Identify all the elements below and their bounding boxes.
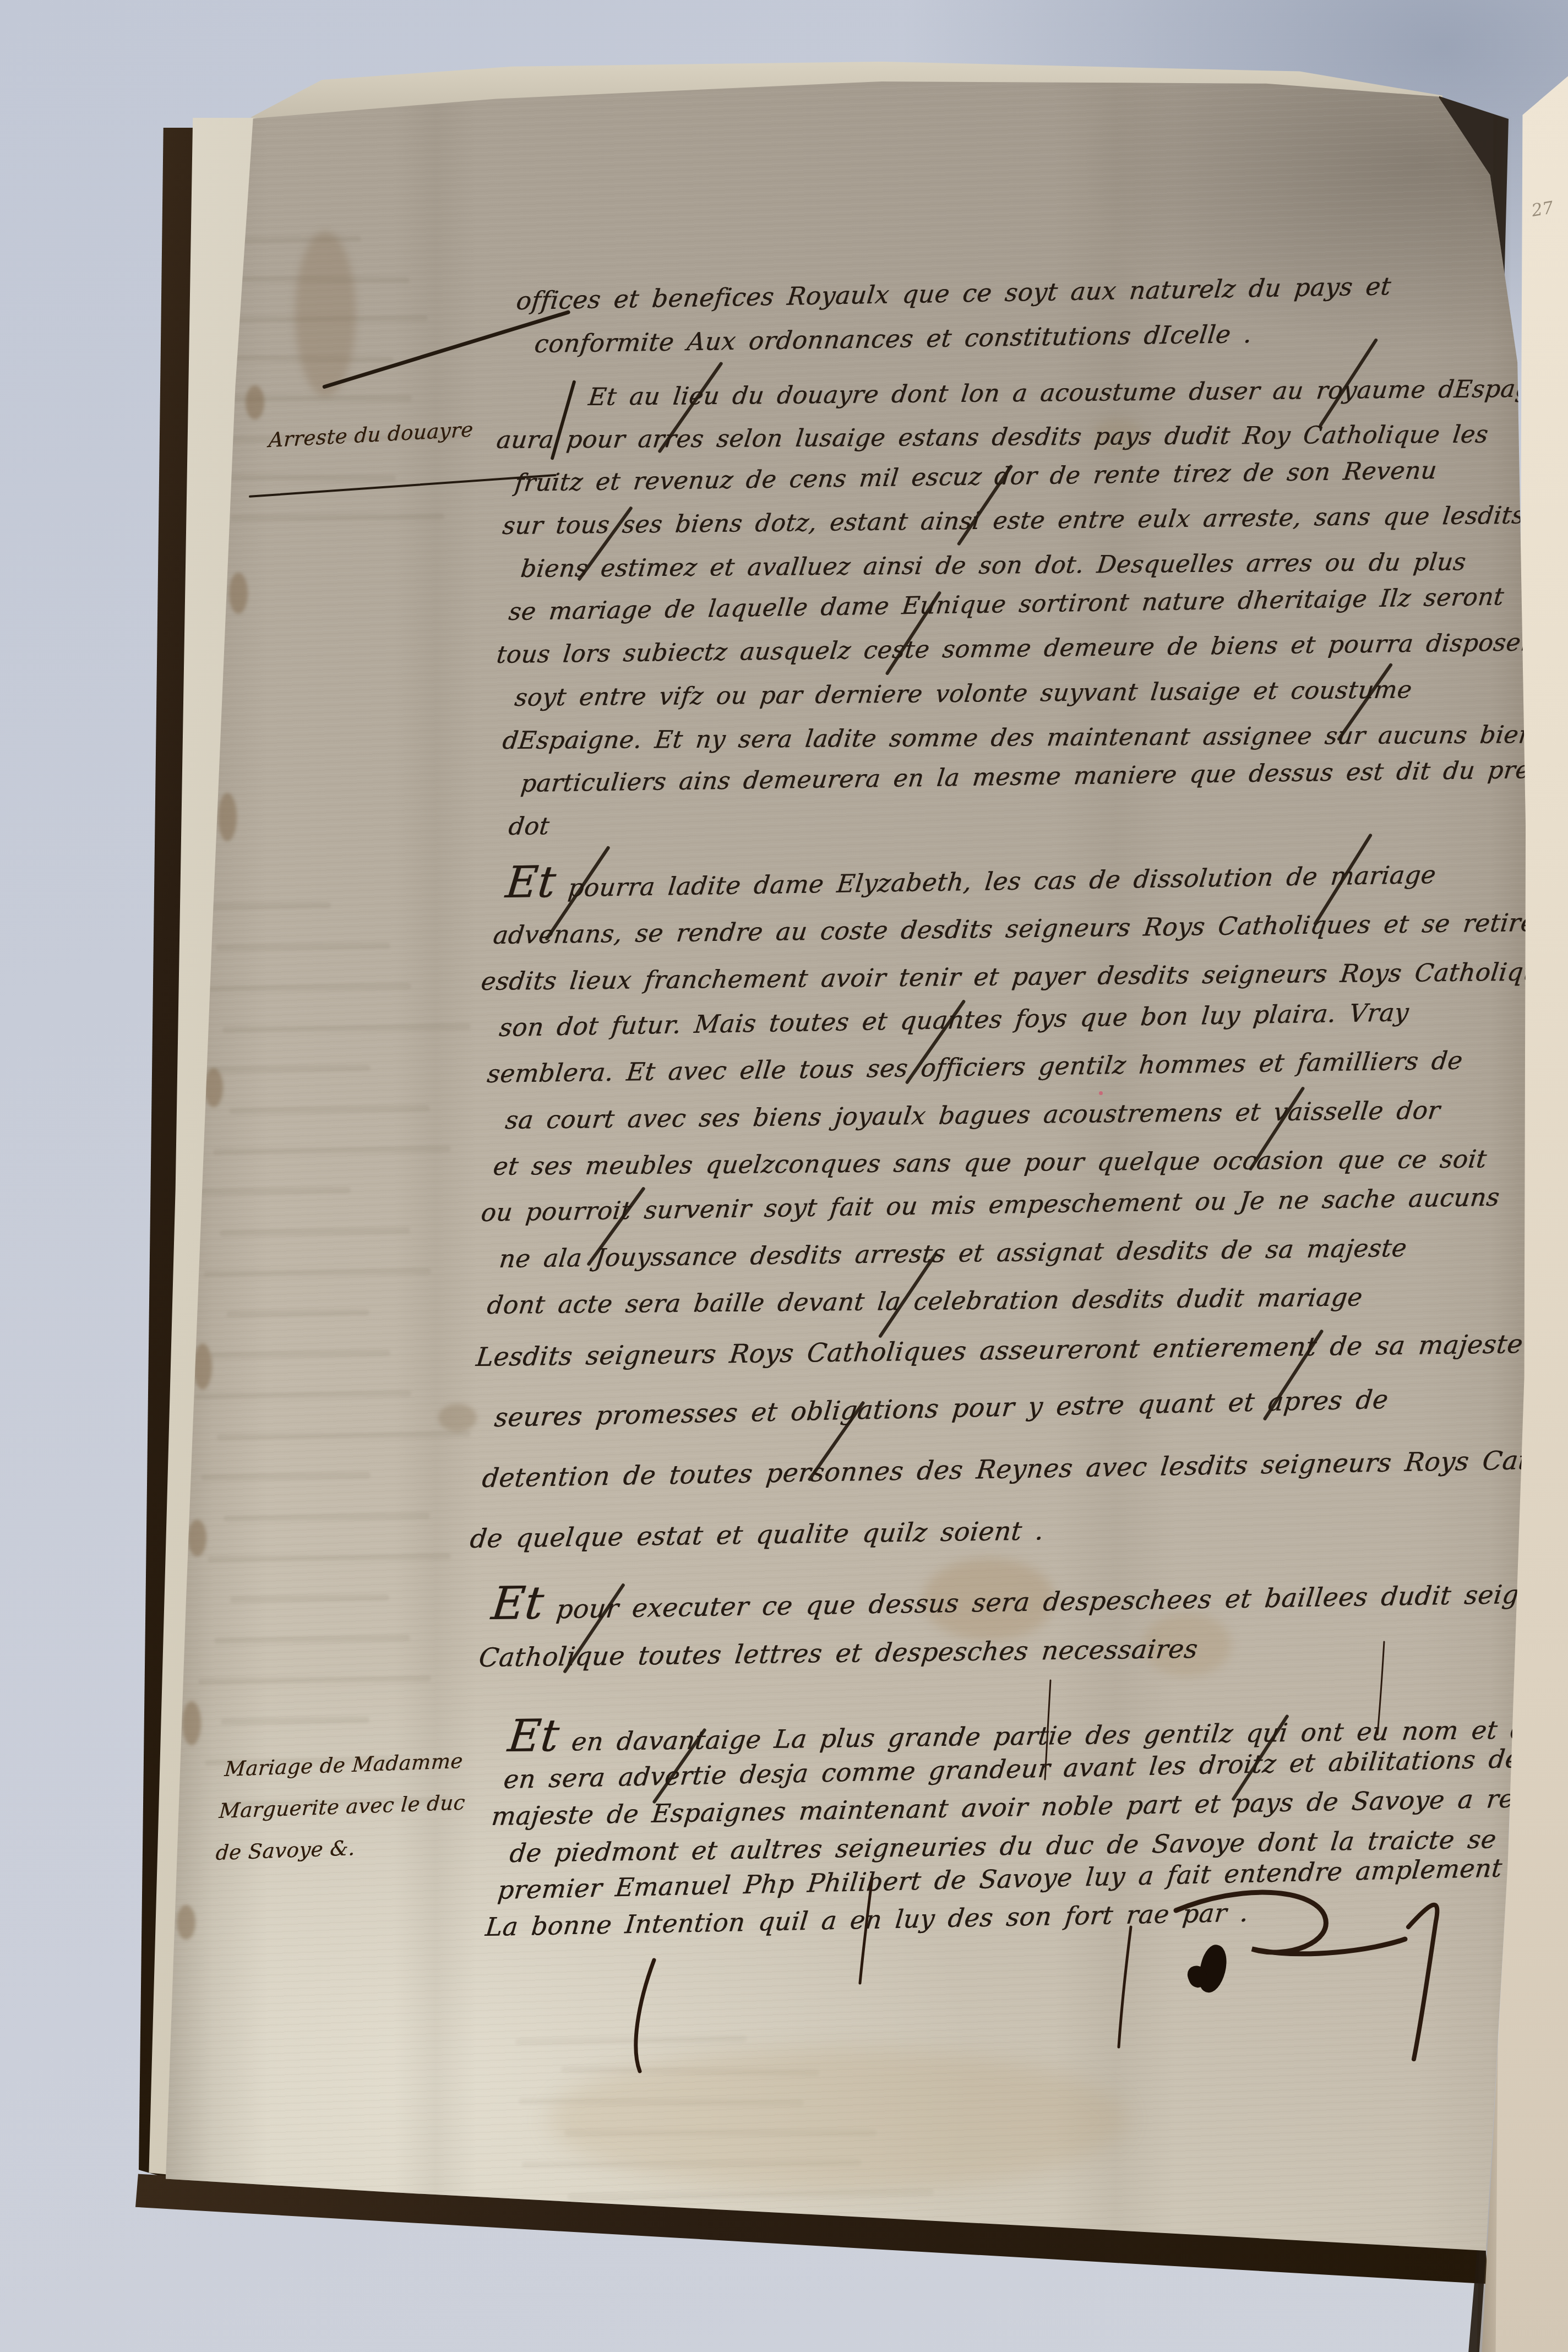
pen-flourishes (163, 77, 1528, 2255)
manuscript-page: offices et benefices Royaulx que ce soyt… (163, 77, 1528, 2255)
pen-ascender-stroke (586, 1186, 646, 1266)
pen-ascender-stroke (807, 1401, 865, 1482)
folio-number: 27 (1530, 198, 1555, 221)
pen-ascender-stroke (1319, 338, 1379, 428)
pen-ascender-stroke (1337, 663, 1393, 742)
pen-ascender-stroke (878, 1252, 938, 1338)
pen-ascender-stroke (652, 1728, 707, 1804)
pen-ascender-stroke (885, 591, 941, 676)
pen-ascender-stroke (957, 464, 1014, 546)
pen-ascender-stroke (1248, 1086, 1305, 1171)
pen-ascender-stroke (657, 361, 723, 453)
pen-ascender-stroke (1313, 833, 1373, 926)
pen-ascender-stroke (1262, 1329, 1324, 1421)
pen-ascender-stroke (545, 846, 611, 941)
photo-scene: 27 offices et benefices Royaulx que ce s… (0, 0, 1568, 2352)
pen-ascender-stroke (577, 506, 633, 581)
pink-speck (1099, 1091, 1103, 1095)
pen-ascender-stroke (905, 999, 966, 1085)
pen-ascender-stroke (1231, 1714, 1289, 1801)
margin-note-mariage-line3: de Savoye &. (215, 1836, 356, 1865)
pen-ascender-stroke (563, 1583, 625, 1674)
